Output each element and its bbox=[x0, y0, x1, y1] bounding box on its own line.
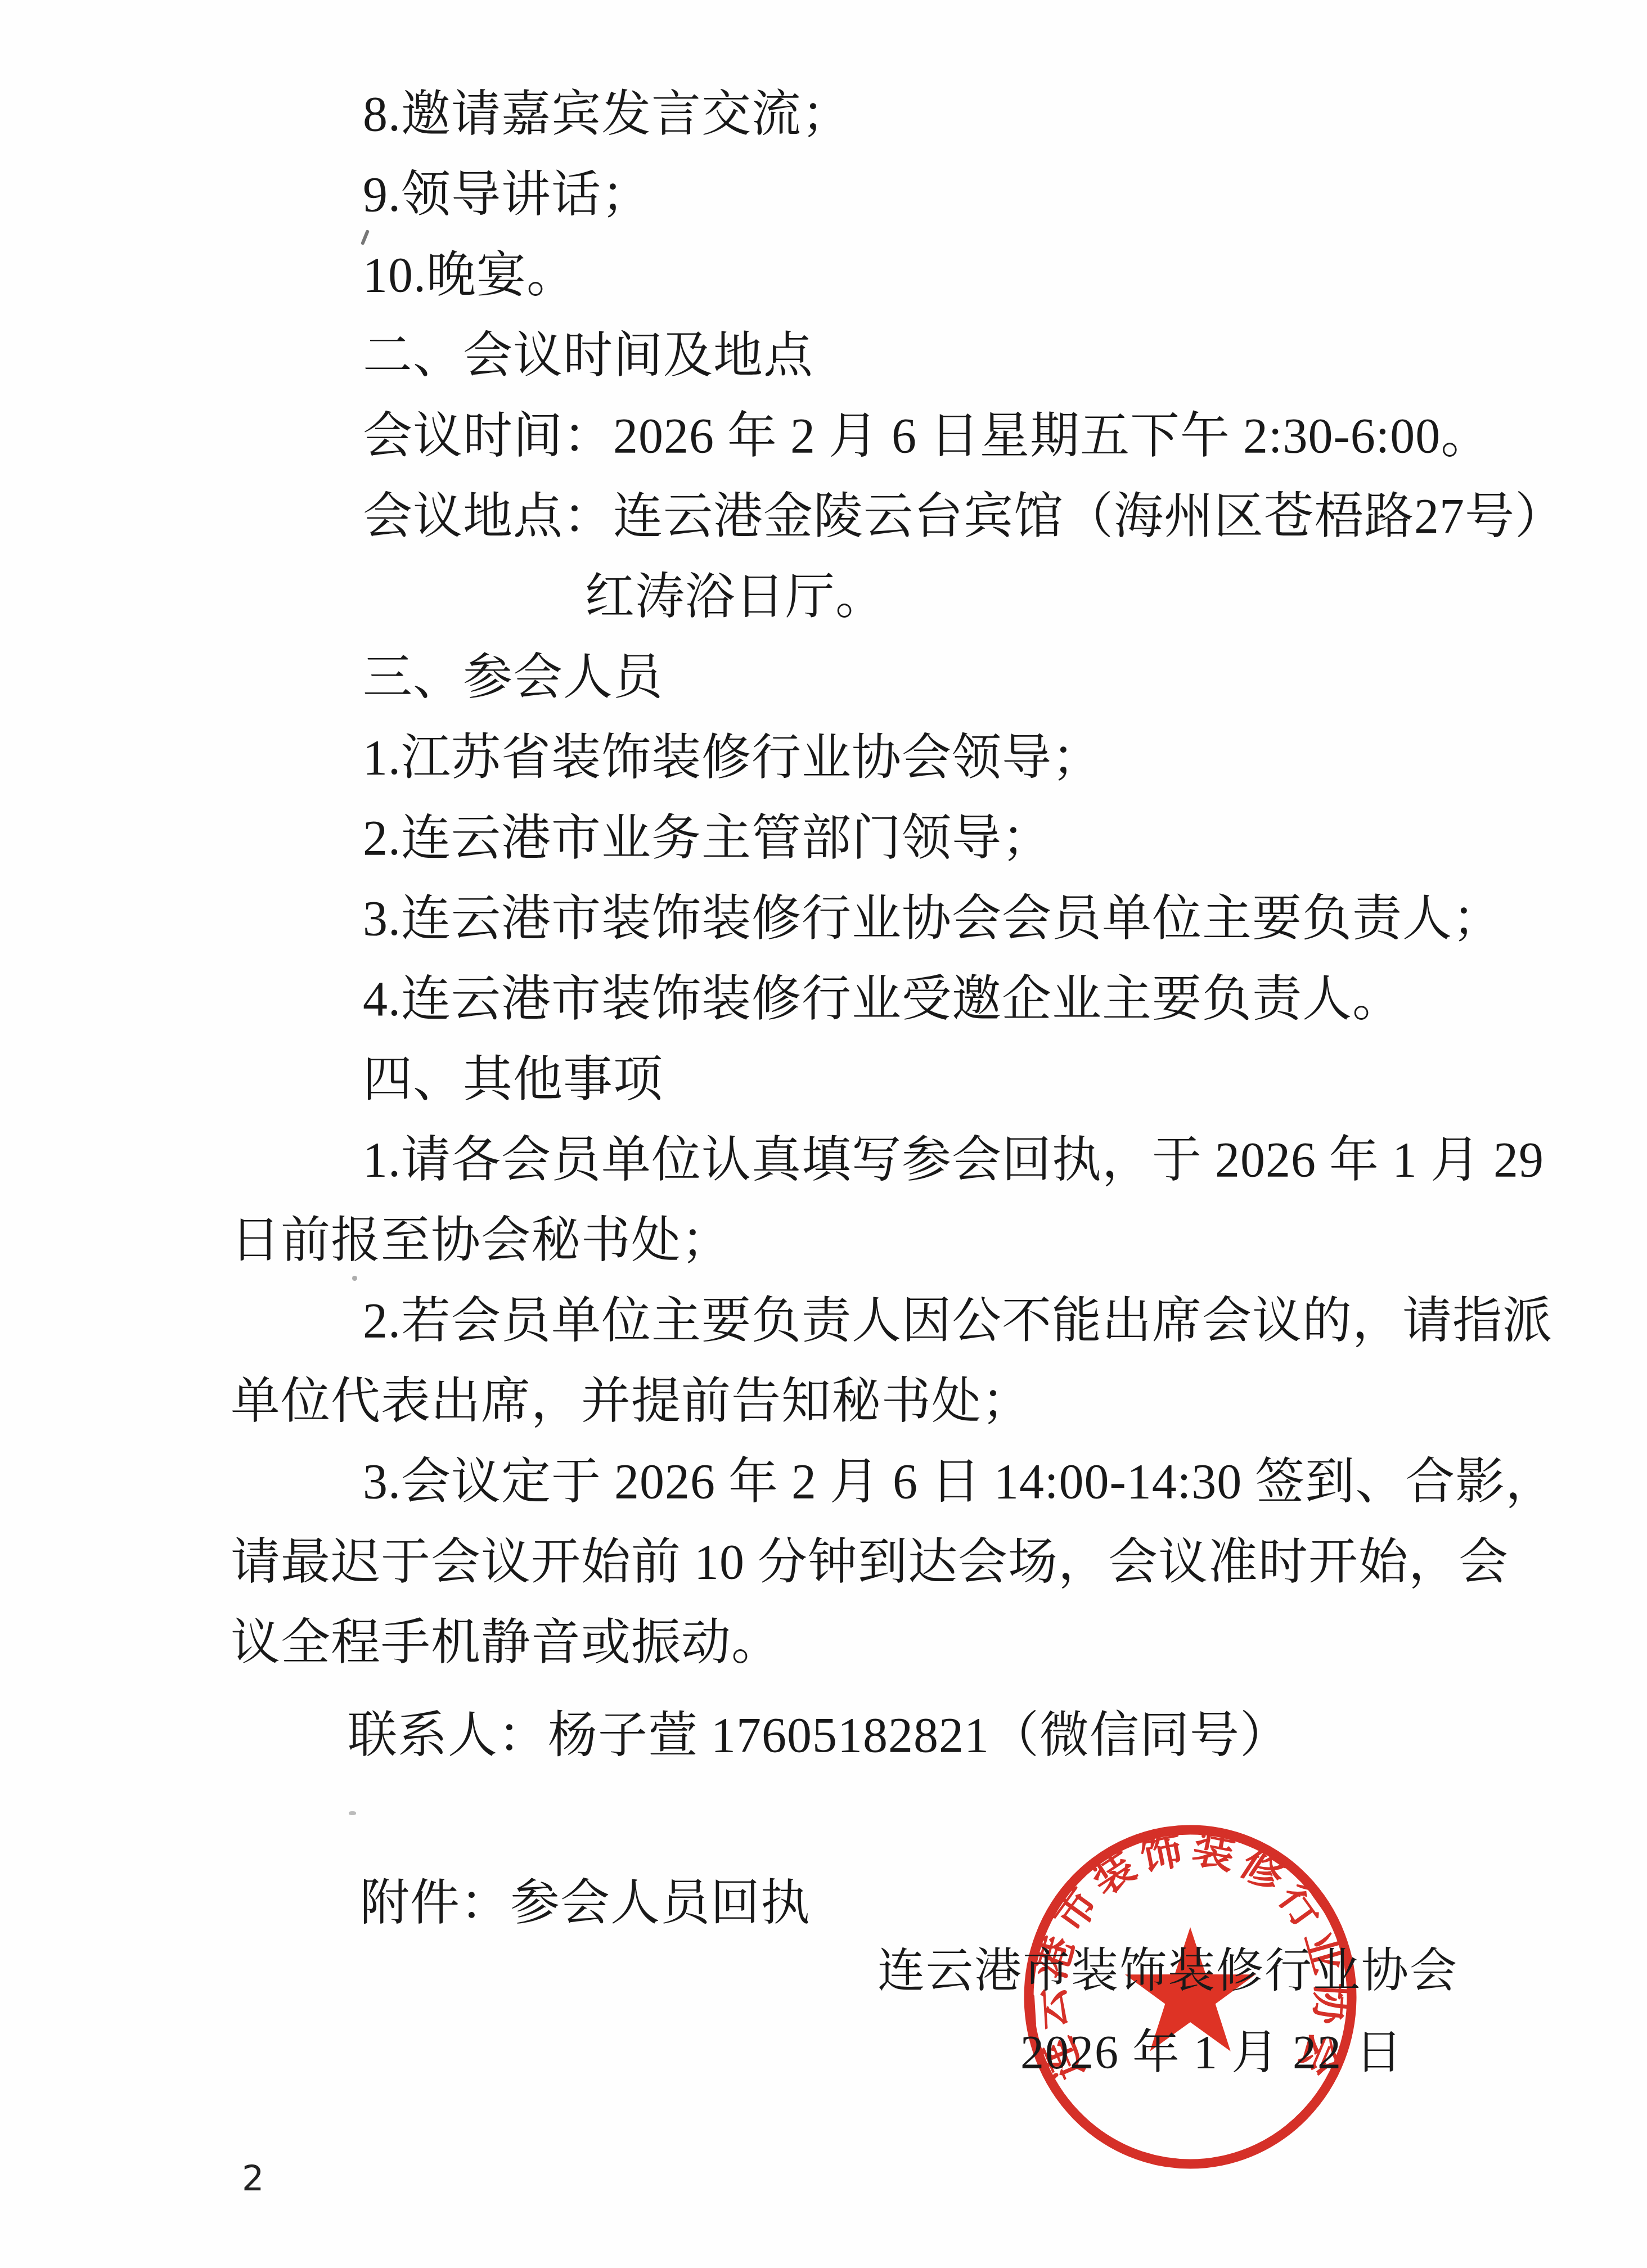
body-line: 3.连云港市装饰装修行业协会会员单位主要负责人； bbox=[231, 879, 1565, 959]
attachment-line: 附件：参会人员回执 bbox=[360, 1863, 811, 1943]
signature-organization: 连云港市装饰装修行业协会 bbox=[877, 1946, 1458, 1997]
body-line: 单位代表出席，并提前告知秘书处； bbox=[231, 1361, 1565, 1442]
body-line: 2.连云港市业务主管部门领导； bbox=[231, 798, 1565, 879]
meeting-venue-line: 会议地点：连云港金陵云台宾馆（海州区苍梧路27号） bbox=[231, 476, 1565, 557]
official-seal: 连云港市装饰装修行业协会 bbox=[1007, 1810, 1376, 2188]
scan-mark bbox=[352, 1276, 357, 1281]
scanned-document-page: 8.邀请嘉宾发言交流； 9.领导讲话； 10.晚宴。 二、会议时间及地点 会议时… bbox=[0, 0, 1647, 2268]
section-heading: 三、参会人员 bbox=[231, 637, 1565, 718]
meeting-time-line: 会议时间：2026 年 2 月 6 日星期五下午 2:30-6:00。 bbox=[231, 396, 1565, 476]
section-heading: 二、会议时间及地点 bbox=[231, 316, 1565, 396]
body-line: 1.请各会员单位认真填写参会回执，于 2026 年 1 月 29 bbox=[231, 1120, 1565, 1200]
body-line: 4.连云港市装饰装修行业受邀企业主要负责人。 bbox=[231, 959, 1565, 1039]
body-line: 3.会议定于 2026 年 2 月 6 日 14:00-14:30 签到、合影， bbox=[231, 1442, 1565, 1522]
body-line: 2.若会员单位主要负责人因公不能出席会议的，请指派 bbox=[231, 1281, 1565, 1361]
scan-mark bbox=[349, 1811, 356, 1815]
body-line: 请最迟于会议开始前 10 分钟到达会场，会议准时开始，会 bbox=[231, 1522, 1565, 1603]
body-line: 1.江苏省装饰装修行业协会领导； bbox=[231, 718, 1565, 798]
meeting-venue-line-2: 红涛浴日厅。 bbox=[231, 557, 1565, 637]
page-number: 2 bbox=[242, 2161, 264, 2196]
body-line: 议全程手机静音或振动。 bbox=[231, 1603, 1565, 1683]
document-body: 8.邀请嘉宾发言交流； 9.领导讲话； 10.晚宴。 二、会议时间及地点 会议时… bbox=[231, 74, 1565, 1683]
body-line: 10.晚宴。 bbox=[231, 235, 1565, 316]
section-heading: 四、其他事项 bbox=[231, 1039, 1565, 1120]
body-line: 日前报至协会秘书处； bbox=[231, 1200, 1565, 1281]
contact-line: 联系人：杨子萱 17605182821（微信同号） bbox=[348, 1695, 1290, 1776]
signature-date: 2026 年 1 月 22 日 bbox=[1020, 2028, 1403, 2078]
body-line: 8.邀请嘉宾发言交流； bbox=[231, 74, 1565, 155]
body-line: 9.领导讲话； bbox=[231, 155, 1565, 235]
